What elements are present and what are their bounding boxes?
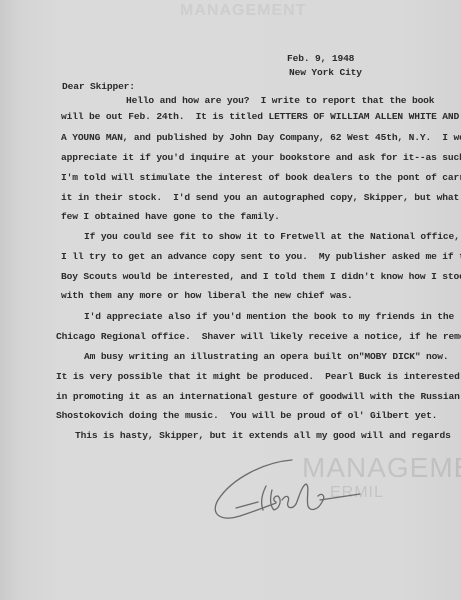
body-line: I'm told will stimulate the interest of … [61, 173, 461, 183]
body-line: Chicago Regional office. Shaver will lik… [56, 332, 461, 342]
bleed-through-top: MANAGEMENT [180, 2, 306, 20]
body-line: A YOUNG MAN, and published by John Day C… [61, 133, 461, 143]
body-line: Boy Scouts would be interested, and I to… [61, 272, 461, 282]
body-line: Am busy writing an illustrating an opera… [84, 352, 448, 362]
body-line: I ll try to get an advance copy sent to … [61, 252, 461, 262]
salutation: Dear Skipper: [62, 82, 135, 92]
body-line: If you could see fit to show it to Fretw… [84, 232, 460, 242]
body-line: appreciate it if you'd inquire at your b… [61, 153, 461, 163]
body-line: it in their stock. I'd send you an autog… [61, 193, 459, 203]
letter-page: MANAGEMENT MANAGEME ERMIL Feb. 9, 1948 N… [0, 0, 461, 600]
handwritten-signature [210, 450, 410, 540]
body-line: Hello and how are you? I write to report… [126, 96, 434, 106]
body-line: in promoting it as an international gest… [56, 392, 461, 402]
body-line: This is hasty, Skipper, but it extends a… [75, 431, 451, 441]
body-line: will be out Feb. 24th. It is titled LETT… [61, 112, 459, 122]
body-line: I'd appreciate also if you'd mention the… [84, 312, 454, 322]
letter-date: Feb. 9, 1948 [287, 54, 354, 64]
body-line: with them any more or how liberal the ne… [61, 291, 353, 301]
body-line: few I obtained have gone to the family. [61, 212, 280, 222]
body-line: Shostokovich doing the music. You will b… [56, 411, 437, 421]
letter-place: New York City [289, 68, 362, 78]
body-line: It is very possible that it might be pro… [56, 372, 460, 382]
